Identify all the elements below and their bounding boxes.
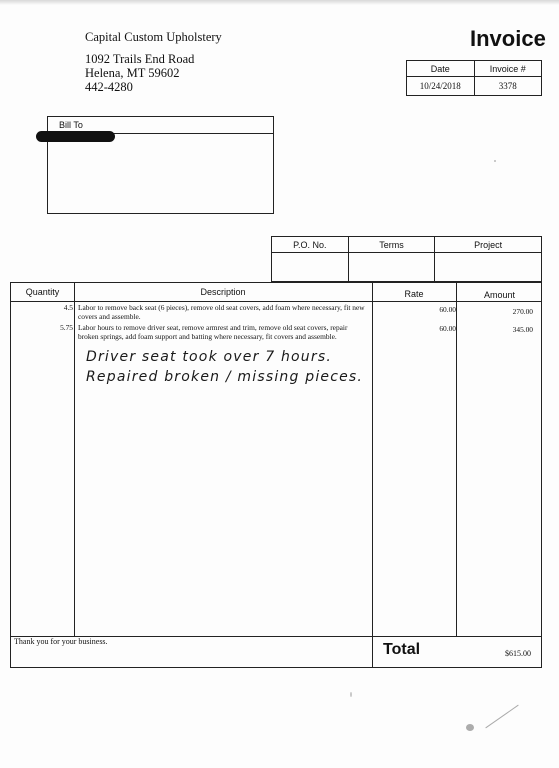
row-2-quantity: 5.75 <box>13 323 73 332</box>
quantity-header: Quantity <box>11 283 74 302</box>
row-1-amount: 270.00 <box>457 307 533 316</box>
scan-edge-shadow <box>0 0 559 5</box>
row-2-amount: 345.00 <box>457 325 533 334</box>
invoice-number: 3378 <box>474 77 541 96</box>
thank-you-note: Thank you for your business. <box>14 637 108 646</box>
address-line-1: 1092 Trails End Road <box>85 52 194 66</box>
order-info-table: P.O. No. Terms Project <box>271 236 542 282</box>
handwritten-note-line-2: Repaired broken / missing pieces. <box>86 369 363 385</box>
total-cell: Total $615.00 <box>372 637 541 667</box>
row-2-rate: 60.00 <box>374 324 456 333</box>
redaction-bar <box>36 131 115 142</box>
terms-header: Terms <box>348 237 435 253</box>
document-title: Invoice <box>470 26 546 52</box>
column-divider <box>74 283 75 636</box>
row-1-rate: 60.00 <box>374 305 456 314</box>
total-label: Total <box>383 641 420 659</box>
row-2-description: Labor hours to remove driver seat, remov… <box>78 323 368 341</box>
project-value <box>435 253 542 282</box>
company-phone: 442-4280 <box>85 80 194 94</box>
description-header: Description <box>74 283 372 302</box>
company-name: Capital Custom Upholstery <box>85 30 222 45</box>
scan-pencil-mark <box>485 705 518 729</box>
column-divider <box>372 283 373 636</box>
invoice-meta-table: Date Invoice # 10/24/2018 3378 <box>406 60 542 96</box>
project-header: Project <box>435 237 542 253</box>
date-header: Date <box>407 61 475 77</box>
scan-speck <box>494 160 496 162</box>
scan-speck <box>350 692 352 697</box>
invoice-footer: Thank you for your business. Total $615.… <box>10 636 542 668</box>
invoice-number-header: Invoice # <box>474 61 541 77</box>
line-items-table: Quantity Description Rate Amount 4.5 Lab… <box>10 282 542 637</box>
handwritten-note-line-1: Driver seat took over 7 hours. <box>86 349 332 365</box>
po-number-header: P.O. No. <box>272 237 349 253</box>
row-1-quantity: 4.5 <box>13 303 73 312</box>
invoice-date: 10/24/2018 <box>407 77 475 96</box>
column-divider <box>456 283 457 636</box>
address-line-2: Helena, MT 59602 <box>85 66 194 80</box>
po-number-value <box>272 253 349 282</box>
scan-smudge <box>466 724 474 731</box>
company-address: 1092 Trails End Road Helena, MT 59602 44… <box>85 52 194 94</box>
rate-header: Rate <box>372 285 456 304</box>
terms-value <box>348 253 435 282</box>
row-1-description: Labor to remove back seat (6 pieces), re… <box>78 303 368 321</box>
amount-header: Amount <box>456 286 543 305</box>
total-value: $615.00 <box>505 649 531 658</box>
